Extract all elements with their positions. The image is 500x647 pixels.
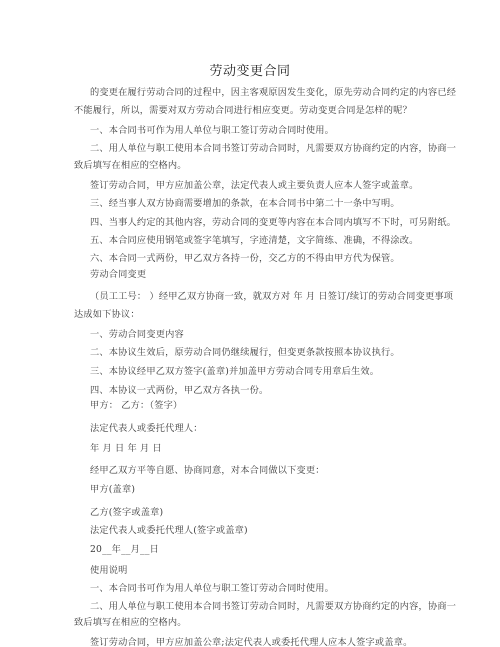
paragraph-line: 法定代表人或委托代理人(签字或盖章) [90, 522, 248, 536]
paragraph-line: 的变更在履行劳动合同的过程中，因主客观原因发生变化，原先劳动合同约定的内容已经 [90, 84, 456, 98]
paragraph-line: 五、本合同应使用钢笔或签字笔填写，字迹清楚，文字简练、准确，不得涂改。 [90, 232, 419, 246]
paragraph-line: 法定代表人或委托代理人： [90, 420, 203, 434]
paragraph-line: 三、经当事人双方协商需要增加的条款，在本合同书中第二十一条中写明。 [90, 195, 400, 209]
paragraph-line: （员工工号： ）经甲乙双方协商一致，就双方对 年 月 日签订/续订的劳动合同变更… [90, 288, 453, 302]
paragraph-line: 经甲乙双方平等自愿、协商同意，对本合同做以下变更： [90, 462, 325, 476]
paragraph-line: 二、用人单位与职工使用本合同书签订劳动合同时，凡需要双方协商约定的内容，协商一 [90, 598, 456, 612]
paragraph-line: 一、劳动合同变更内容 [90, 326, 184, 340]
paragraph-line: 甲方(盖章) [90, 481, 135, 495]
paragraph-line: 签订劳动合同，甲方应加盖公章;法定代表人或委托代理人应本人签字或盖章。 [90, 634, 412, 647]
paragraph-line: 致后填写在相应的空格内。 [74, 157, 187, 171]
document-page: 劳动变更合同 的变更在履行劳动合同的过程中，因主客观原因发生变化，原先劳动合同约… [0, 0, 500, 647]
paragraph-line: 签订劳动合同，甲方应加盖公章，法定代表人或主要负责人应本人签字或盖章。 [90, 177, 419, 191]
paragraph-line: 致后填写在相应的空格内。 [74, 614, 187, 628]
paragraph-line: 一、本合同书可作为用人单位与职工签订劳动合同时使用。 [90, 580, 334, 594]
paragraph-line: 二、本协议生效后，原劳动合同仍继续履行，但变更条款按照本协议执行。 [90, 344, 400, 358]
paragraph-line: 二、用人单位与职工使用本合同书签订劳动合同时，凡需要双方协商约定的内容，协商一 [90, 140, 456, 154]
paragraph-line: 四、当事人约定的其他内容，劳动合同的变更等内容在本合同内填写不下时，可另附纸。 [90, 214, 456, 228]
paragraph-line: 乙方(签字或盖章) [90, 504, 163, 518]
paragraph-line: 达成如下协议： [74, 306, 140, 320]
paragraph-line: 四、本协议一式两份，甲乙双方各执一份。 [90, 382, 268, 396]
paragraph-line: 六、本合同一式两份，甲乙双方各持一份，交乙方的不得由甲方代为保管。 [90, 250, 400, 264]
paragraph-line: 劳动合同变更 [90, 266, 146, 280]
paragraph-line: 20__年__月__日 [90, 541, 159, 555]
paragraph-line: 一、本合同书可作为用人单位与职工签订劳动合同时使用。 [90, 122, 334, 136]
paragraph-line: 使用说明 [90, 562, 128, 576]
paragraph-line: 甲方： 乙方：（签字） [90, 397, 182, 411]
paragraph-line: 不能履行，所以，需要对双方劳动合同进行相应变更。劳动变更合同是怎样的呢？ [74, 102, 412, 116]
paragraph-line: 年 月 日 年 月 日 [90, 440, 162, 454]
paragraph-line: 三、本协议经甲乙双方签字(盖章)并加盖甲方劳动合同专用章后生效。 [90, 363, 379, 377]
document-title: 劳动变更合同 [0, 60, 500, 79]
